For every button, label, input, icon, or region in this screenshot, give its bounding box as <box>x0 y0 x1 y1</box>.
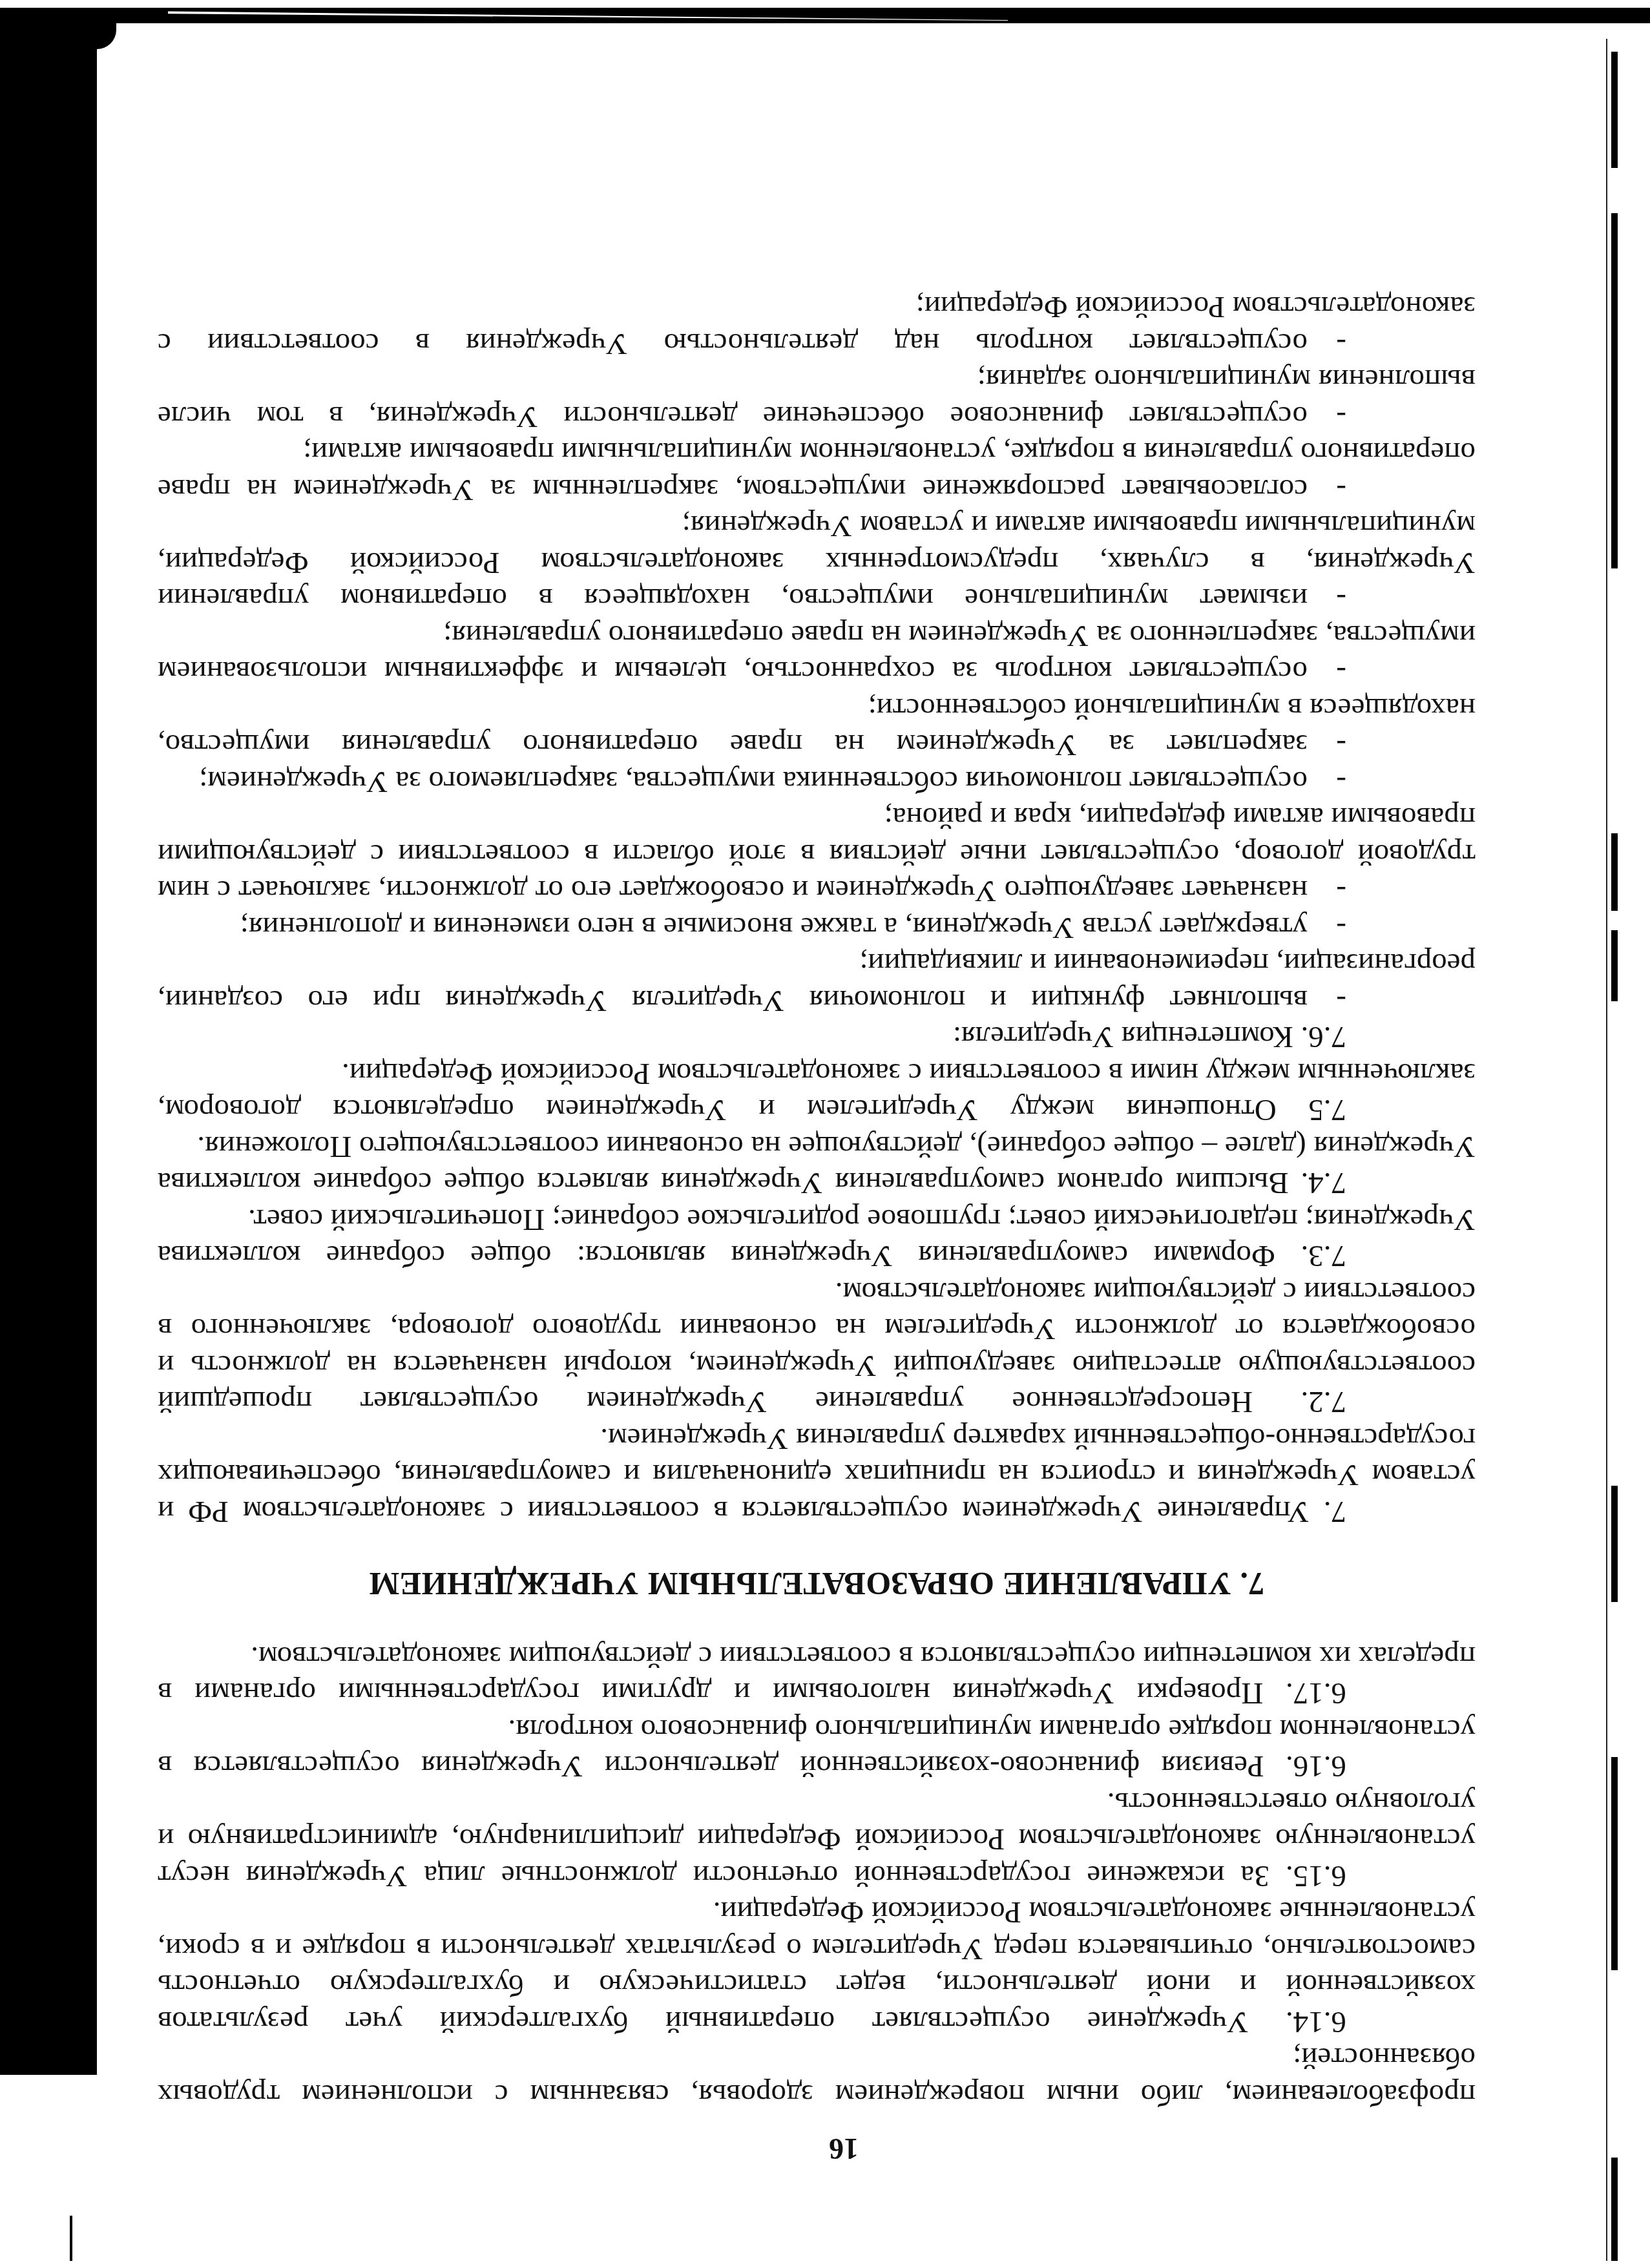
list-item: -осуществляет финансовое обеспечение дея… <box>158 362 1476 435</box>
bullet-dash: - <box>1308 727 1346 764</box>
list-item-text: согласовывает распоряжение имуществом, з… <box>158 437 1476 507</box>
list-item: -осуществляет полномочия собственника им… <box>158 764 1476 800</box>
list-item: -согласовывает распоряжение имуществом, … <box>158 435 1476 508</box>
bullet-dash: - <box>1308 873 1346 910</box>
bullet-dash: - <box>1308 654 1346 691</box>
list-item-text: закрепляет за Учреждением на праве опера… <box>158 692 1476 762</box>
list-item-text: утверждает устав Учреждения, а также вно… <box>240 911 1308 944</box>
list-item-text: осуществляет полномочия собственника иму… <box>199 765 1308 798</box>
document-page: 16 профзаболеванием, либо иным поврежден… <box>0 0 1650 2268</box>
list-item: -выполняет функции и полномочия Учредите… <box>158 946 1476 1019</box>
bullet-dash: - <box>1308 472 1346 508</box>
bullet-dash: - <box>1308 983 1346 1019</box>
list-item: -утверждает устав Учреждения, а также вн… <box>158 910 1476 946</box>
paragraph: 7.3. Формами самоуправления Учреждения я… <box>158 1202 1476 1274</box>
page-number: 16 <box>829 2132 859 2166</box>
bullet-dash: - <box>1308 326 1346 362</box>
bullet-dash: - <box>1308 581 1346 618</box>
list-item-text: назначает заведующего Учреждением и осво… <box>158 802 1476 908</box>
list-item-text: осуществляет финансовое обеспечение деят… <box>158 364 1476 434</box>
list-item: -закрепляет за Учреждением на праве опер… <box>158 691 1476 764</box>
paragraph: профзаболеванием, либо иным повреждением… <box>158 2040 1476 2113</box>
list-item-text: осуществляет контроль над деятельностью … <box>158 291 1476 361</box>
paragraph: 7.4. Высшим органом самоуправления Учреж… <box>158 1129 1476 1202</box>
list-item: -осуществляет контроль за сохранностью, … <box>158 618 1476 691</box>
list-item: -назначает заведующего Учреждением и осв… <box>158 800 1476 910</box>
bullet-dash: - <box>1308 764 1346 800</box>
paragraph: 6.17. Проверки Учреждения налоговыми и д… <box>158 1639 1476 1712</box>
section-heading: 7. УПРАВЛЕНИЕ ОБРАЗОВАТЕЛЬНЫМ УЧРЕЖДЕНИЕ… <box>158 1566 1476 1603</box>
list-item: -осуществляет контроль над деятельностью… <box>158 289 1476 362</box>
paragraph: 7.2. Непосредственное управление Учрежде… <box>158 1274 1476 1420</box>
list-item-text: выполняет функции и полномочия Учредител… <box>158 948 1476 1018</box>
document-body: профзаболеванием, либо иным повреждением… <box>158 289 1476 2113</box>
bullet-dash: - <box>1308 399 1346 435</box>
paragraph: 6.14. Учреждение осуществляет оперативны… <box>158 1894 1476 2040</box>
paragraph: 6.16. Ревизия финансово-хозяйственной де… <box>158 1712 1476 1785</box>
list-item-text: осуществляет контроль за сохранностью, ц… <box>158 619 1476 689</box>
paragraph: 7. Управление Учреждением осуществляется… <box>158 1420 1476 1530</box>
paragraph: 7.6. Компетенция Учредителя: <box>158 1019 1476 1056</box>
paragraph: 7.5 Отношения между Учредителем и Учрежд… <box>158 1056 1476 1129</box>
bullet-dash: - <box>1308 910 1346 946</box>
paragraph: 6.15. За искажение государственной отчет… <box>158 1785 1476 1895</box>
list-item: -изымает муниципальное имущество, находя… <box>158 508 1476 618</box>
list-item-text: изымает муниципальное имущество, находящ… <box>158 510 1476 616</box>
